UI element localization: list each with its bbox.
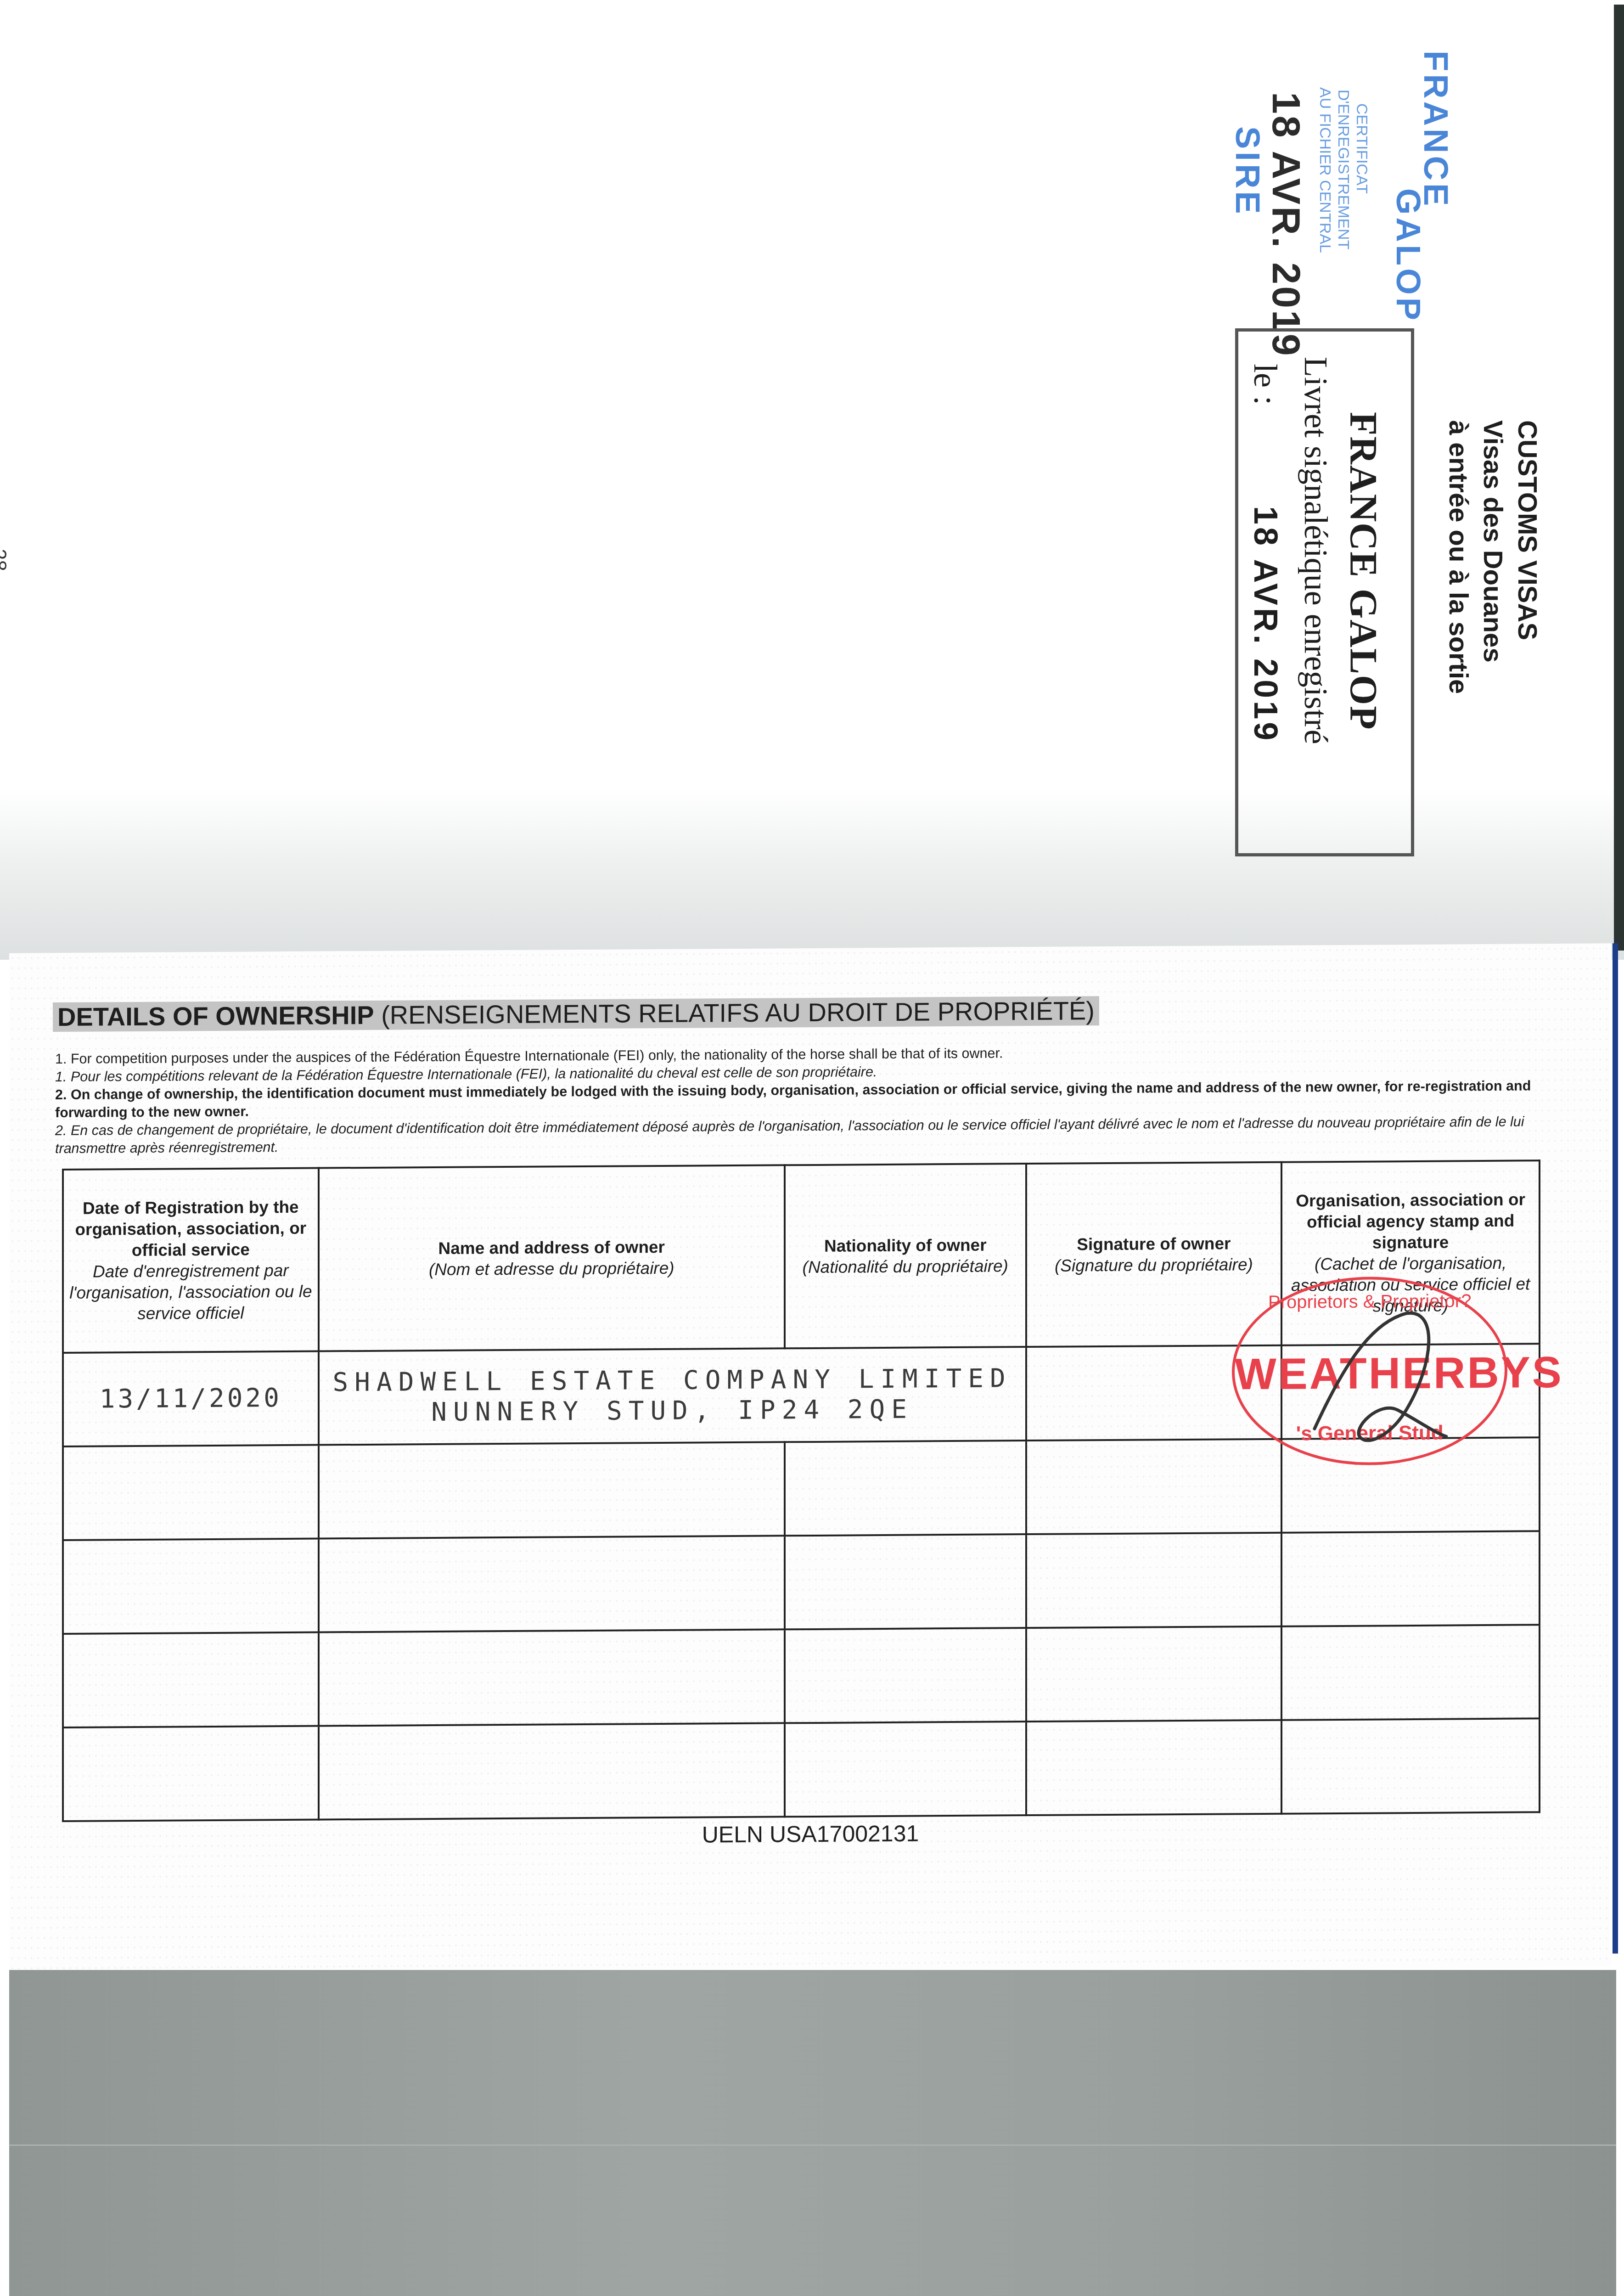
stamp-ring-sire: SIRE — [1228, 126, 1267, 217]
owner-signature-cell — [1026, 1533, 1282, 1628]
page-number: 28 — [0, 549, 10, 571]
owner-name-address-cell: SHADWELL ESTATE COMPANY LIMITED NUNNERY … — [319, 1347, 1026, 1445]
galop-date-label: le : — [1246, 364, 1284, 405]
section-title-french: (RENSEIGNEMENTS RELATIFS AU DROIT DE PRO… — [374, 996, 1095, 1030]
owner-nationality-cell — [785, 1722, 1026, 1817]
france-galop-sire-stamp: FRANCE GALOP SIRE CERTIFICAT D'ENREGISTR… — [1217, 41, 1446, 298]
galop-subtitle: Livret signalétique enregistré — [1297, 357, 1335, 744]
section-title-bold: DETAILS OF OWNERSHIP — [57, 1001, 374, 1031]
stamp-ring-france: FRANCE — [1416, 51, 1455, 208]
registration-date-cell: 13/11/2020 — [63, 1351, 319, 1446]
cover-edge — [1613, 943, 1618, 1953]
owner-nationality-cell — [785, 1441, 1026, 1536]
stamp-inner-line: AU FICHIER CENTRAL — [1316, 87, 1334, 253]
ownership-notes: 1. For competition purposes under the au… — [55, 1041, 1547, 1158]
organisation-stamp-cell: Proprietors & Proprietor? WEATHERBYS 's … — [1281, 1344, 1540, 1439]
col-header-owner-name-address: Name and address of owner (Nom et adress… — [319, 1165, 785, 1351]
col-header-organisation-stamp: Organisation, association or official ag… — [1281, 1160, 1540, 1345]
stamp-inner-line: CERTIFICAT — [1353, 103, 1371, 194]
organisation-stamp-cell — [1281, 1531, 1540, 1626]
customs-subtitle: Visas des Douanes — [1478, 420, 1508, 663]
section-title: DETAILS OF OWNERSHIP (RENSEIGNEMENTS REL… — [53, 996, 1099, 1032]
table-row — [63, 1437, 1540, 1540]
owner-signature-cell — [1026, 1626, 1282, 1722]
table-row — [63, 1625, 1540, 1728]
ueln-number: UELN USA17002131 — [9, 1816, 1612, 1852]
galop-title: FRANCE GALOP — [1341, 412, 1385, 731]
registration-date-cell — [63, 1632, 319, 1728]
stamp-date: 18 AVR. 2019 — [1263, 92, 1309, 358]
organisation-stamp-cell — [1281, 1718, 1540, 1813]
registration-date-cell — [63, 1445, 319, 1540]
stamp-inner-line: D'ENREGISTREMENT — [1334, 90, 1352, 249]
owner-signature-cell — [1026, 1345, 1282, 1441]
registration-date-cell — [63, 1726, 319, 1821]
owner-name-address-cell — [319, 1723, 785, 1819]
owner-nationality-cell — [785, 1534, 1026, 1629]
organisation-stamp-cell — [1281, 1625, 1540, 1720]
stamp-ring-galop: GALOP — [1389, 188, 1428, 323]
scanner-seam — [9, 2144, 1616, 2146]
registration-date-cell — [63, 1539, 319, 1634]
owner-signature-cell — [1026, 1439, 1282, 1534]
col-header-owner-signature: Signature of owner (Signature du proprié… — [1026, 1162, 1282, 1347]
ownership-page: DETAILS OF OWNERSHIP (RENSEIGNEMENTS REL… — [9, 943, 1612, 1977]
owner-name-address-cell — [319, 1442, 785, 1538]
customs-title: CUSTOMS VISAS — [1512, 420, 1543, 640]
table-row — [63, 1718, 1540, 1821]
galop-date: 18 AVR. 2019 — [1247, 506, 1284, 743]
owner-name-address-cell — [319, 1629, 785, 1726]
ownership-table: Date of Registration by the organisation… — [62, 1159, 1540, 1822]
owner-nationality-cell — [785, 1628, 1026, 1723]
customs-subtitle-2: à entrée ou à la sortie — [1443, 420, 1474, 694]
organisation-stamp-cell — [1281, 1437, 1540, 1532]
owner-address: NUNNERY STUD, IP24 2QE — [325, 1394, 1020, 1428]
col-header-registration-date: Date of Registration by the organisation… — [63, 1168, 319, 1353]
owner-name-address-cell — [319, 1536, 785, 1632]
book-spine-edge — [1614, 5, 1624, 951]
owner-name: SHADWELL ESTATE COMPANY LIMITED — [325, 1363, 1020, 1398]
upper-page: 28 FRANCE GALOP SIRE CERTIFICAT D'ENREGI… — [0, 0, 1624, 960]
table-row: 13/11/2020 SHADWELL ESTATE COMPANY LIMIT… — [63, 1344, 1540, 1446]
owner-signature-cell — [1026, 1720, 1282, 1815]
table-row — [63, 1531, 1540, 1634]
table-header-row: Date of Registration by the organisation… — [63, 1160, 1540, 1353]
scanner-background — [9, 1970, 1616, 2296]
col-header-owner-nationality: Nationality of owner (Nationalité du pro… — [785, 1164, 1026, 1348]
france-galop-registration-stamp: FRANCE GALOP Livret signalétique enregis… — [1235, 328, 1414, 856]
